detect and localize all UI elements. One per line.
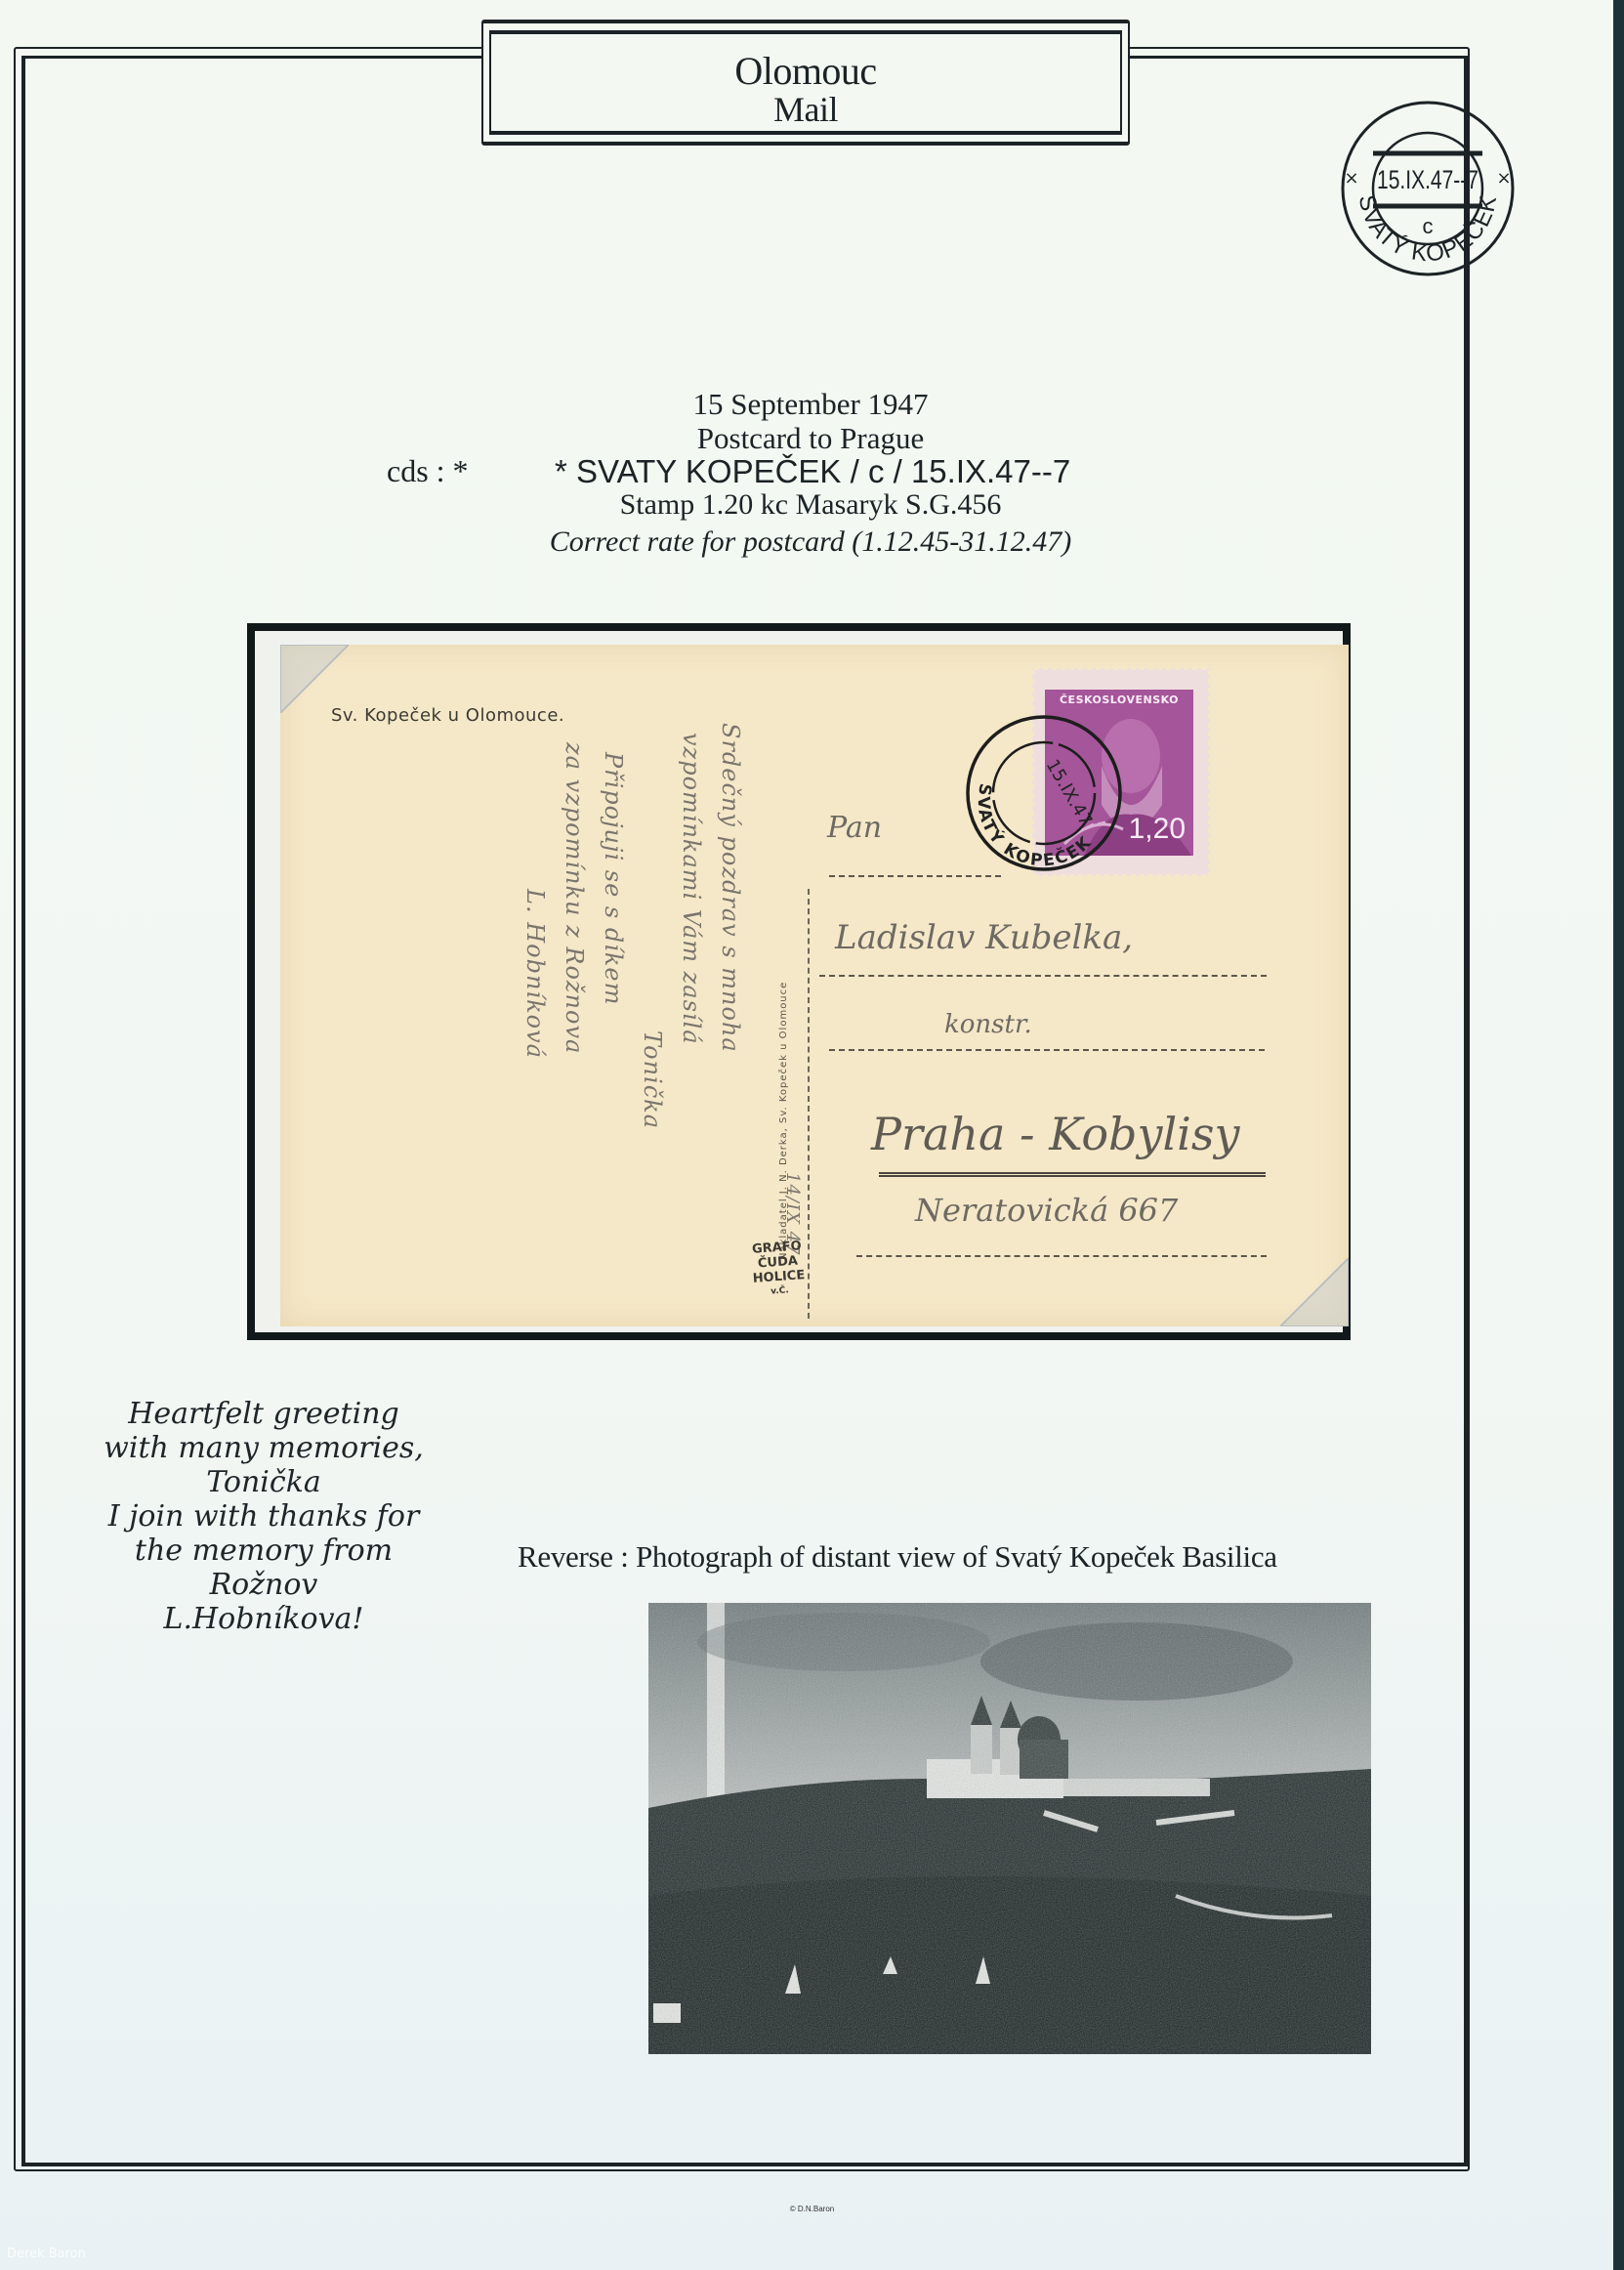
postcard: Sv. Kopeček u Olomouce. Srdečný pozdrav … — [280, 645, 1349, 1326]
translation-line-5: the memory from — [39, 1534, 488, 1568]
postcard-mount: Sv. Kopeček u Olomouce. Srdečný pozdrav … — [247, 623, 1351, 1340]
rate-note: Correct rate for postcard (1.12.45-31.12… — [293, 525, 1328, 559]
basilica-photograph — [648, 1603, 1371, 2054]
message-line-3: Tonička — [639, 1030, 666, 1129]
postmark-diagram-icon: 15.IX.47--7 c × × SVATÝ KOPEČEK — [1336, 99, 1520, 279]
mount-inner: Sv. Kopeček u Olomouce. Srdečný pozdrav … — [255, 631, 1343, 1332]
reverse-caption: Reverse : Photograph of distant view of … — [518, 1539, 1277, 1575]
postmark-ornament-left: × — [1344, 168, 1358, 189]
address-line-4-underlined — [879, 1172, 1266, 1177]
address-salutation: Pan — [827, 811, 882, 845]
address-street: Neratovická 667 — [915, 1192, 1178, 1229]
message-line-6: L. Hobníková — [521, 889, 549, 1059]
photo-corner-bottom-right-icon — [1280, 1258, 1349, 1326]
address-line-5 — [856, 1255, 1267, 1257]
message-line-4: Připojuji se s díkem — [600, 752, 627, 1005]
cds-value: * SVATY KOPEČEK / c / 15.IX.47--7 — [555, 453, 1070, 490]
postmark-ornament-right: × — [1496, 168, 1511, 189]
postmark-diagram-letter: c — [1423, 214, 1434, 238]
title-box: Olomouc Mail — [481, 20, 1130, 146]
translation-line-4: I join with thanks for — [39, 1499, 488, 1534]
message-line-1: Srdečný pozdrav s mnoha — [717, 723, 744, 1053]
postmark-diagram-date: 15.IX.47--7 — [1377, 165, 1478, 194]
message-line-2: vzpomínkami Vám zasílá — [678, 733, 705, 1045]
message-translation: Heartfelt greeting with many memories, T… — [39, 1397, 488, 1636]
cancellation-postmark-icon: SVATÝ KOPEČEK 15.IX.47 — [954, 703, 1130, 879]
translation-line-3: Tonička — [39, 1465, 488, 1499]
address-line-2 — [819, 975, 1267, 977]
cover-date: 15 September 1947 — [293, 387, 1328, 422]
translation-line-2: with many memories, — [39, 1431, 488, 1465]
stamp-description: Stamp 1.20 kc Masaryk S.G.456 — [293, 488, 1328, 522]
address-title: konstr. — [944, 1010, 1032, 1039]
stamp-value: 1,20 — [1129, 813, 1186, 846]
postcard-caption: Sv. Kopeček u Olomouce. — [331, 705, 564, 726]
scanner-watermark: Derek Baron — [7, 2247, 86, 2261]
message-line-5: za vzpomínku z Rožnova — [561, 742, 588, 1054]
photo-corner-top-left-icon — [280, 645, 349, 713]
cover-type: Postcard to Prague — [293, 421, 1328, 456]
cds-label: cds : * — [387, 453, 469, 489]
copyright-notice: © D.N.Baron — [0, 2205, 1624, 2213]
page-title: Olomouc — [491, 48, 1120, 94]
publisher-imprint: Nakladatel J. N. Derka, Sv. Kopeček u Ol… — [778, 982, 789, 1260]
address-line-3 — [829, 1049, 1265, 1051]
translation-line-6: Rožnov — [39, 1568, 488, 1602]
translation-line-1: Heartfelt greeting — [39, 1397, 488, 1431]
address-name: Ladislav Kubelka, — [835, 918, 1133, 957]
scan-edge-strip — [1613, 0, 1624, 2270]
printer-stamp: GRAFO ČUDA HOLICE v.Č. — [737, 1238, 819, 1301]
address-city: Praha - Kobylisy — [871, 1108, 1239, 1160]
page-subtitle: Mail — [491, 89, 1120, 130]
title-box-inner: Olomouc Mail — [489, 30, 1122, 135]
translation-line-7: L.Hobníkova! — [39, 1602, 488, 1636]
